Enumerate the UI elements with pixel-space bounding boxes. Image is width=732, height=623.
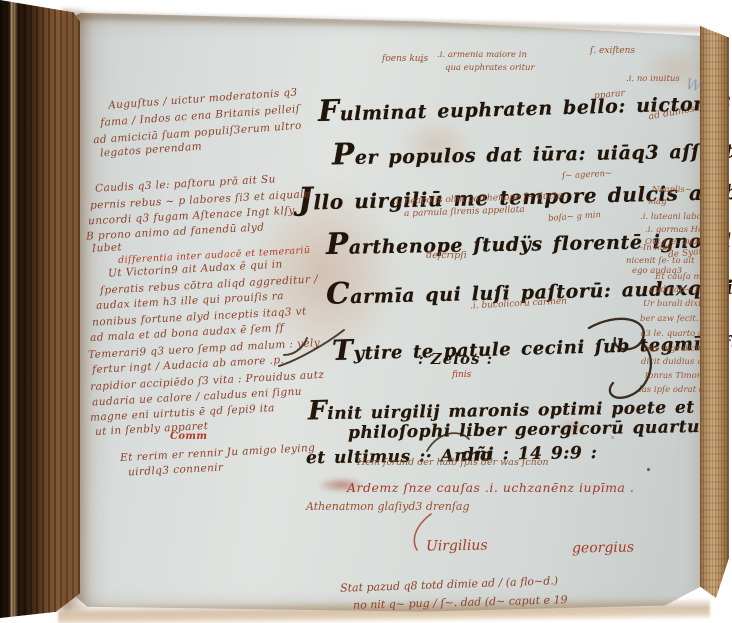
caption-flourish: [405, 512, 435, 552]
german-note: Hem ſcrand der halb ſpis der was ſchon: [357, 457, 549, 468]
colophon-flourish: [424, 427, 472, 453]
interlinear-gloss: foens kuis: [382, 54, 428, 64]
explicit-flourish: [575, 308, 665, 403]
left-margin-note: Iubet: [92, 241, 123, 255]
red-annotation: Ardemz ſnze cauſas .i. uchzanēnz iupīma …: [347, 480, 634, 495]
interlinear-gloss: deſcripſi: [426, 250, 467, 261]
initial-flourish: [276, 322, 346, 368]
right-margin-note: Neaplis~: [652, 185, 692, 195]
ink-specks: [647, 468, 650, 471]
right-margin-note: .i. gormas Ho: [645, 225, 703, 235]
finis-rubric: finis: [452, 370, 471, 380]
page-fore-edge: [700, 26, 729, 598]
manuscript-photo: foens kuis .i. armenia maiore in qua eup…: [0, 0, 732, 623]
left-margin-rubric: Comm: [170, 431, 207, 442]
brown-annotation: Athenatmon glaſiyd3 drenſag: [306, 500, 470, 513]
page-caption-title: Uirgilius: [426, 537, 488, 554]
interlinear-gloss: qua euphrates oritur: [445, 63, 535, 73]
page-caption-title: georgius: [572, 539, 634, 556]
verse-explicit: : Zelos :: [418, 350, 493, 368]
interlinear-gloss: .i. armenia maiore in: [437, 50, 527, 60]
pencil-mark: W: [685, 75, 703, 95]
right-margin-note: Et cauſa mu: [655, 272, 707, 282]
right-margin-note: mag: [648, 197, 667, 207]
interlinear-gloss: ſ. exiſtens: [590, 46, 635, 56]
gutter-shadow: [62, 10, 90, 610]
